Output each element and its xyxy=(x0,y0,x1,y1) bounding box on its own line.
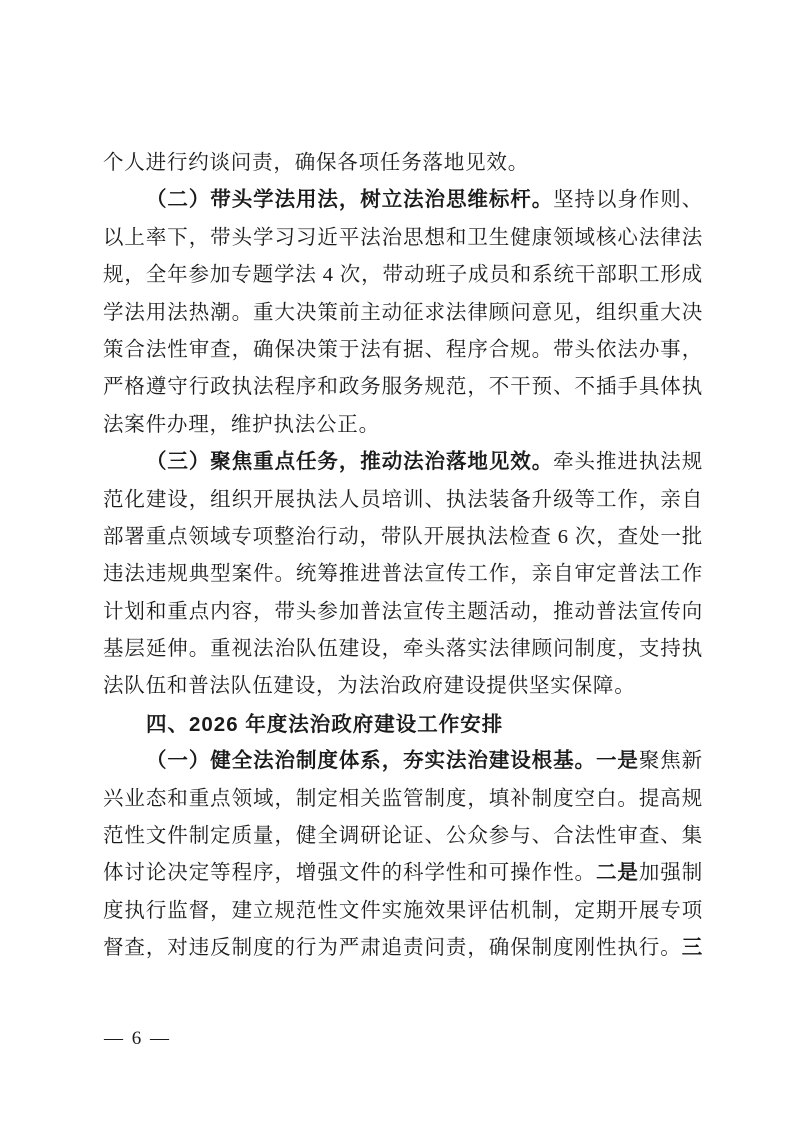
text-line: 法案件办理，维护执法公正。 xyxy=(103,407,703,444)
text-segment: 四、2026 年度法治政府建设工作安排 xyxy=(146,713,503,736)
text-segment: 二是 xyxy=(596,862,639,884)
text-segment: 度执行监督，建立规范性文件实施效果评估机制，定期开展专项 xyxy=(103,900,703,922)
document-body: 个人进行约谈问责，确保各项任务落地见效。（二）带头学法用法，树立法治思维标杆。坚… xyxy=(103,145,703,968)
text-segment: 一是 xyxy=(596,750,639,772)
text-segment: 督查，对违反制度的行为严肃追责问责，确保制度刚性执行。 xyxy=(103,937,682,959)
text-line: 部署重点领域专项整治行动，带队开展执法检查 6 次，查处一批 xyxy=(103,519,703,556)
page-number: — 6 — xyxy=(104,1028,171,1049)
page-footer: — 6 — xyxy=(104,1024,171,1054)
text-line: 体讨论决定等程序，增强文件的科学性和可操作性。二是加强制 xyxy=(103,855,703,892)
text-line: 严格遵守行政执法程序和政务服务规范，不干预、不插手具体执 xyxy=(103,369,703,406)
text-segment: 范性文件制定质量，健全调研论证、公众参与、合法性审查、集 xyxy=(103,825,703,847)
text-line: （二）带头学法用法，树立法治思维标杆。坚持以身作则、 xyxy=(103,182,703,219)
text-segment: 计划和重点内容，带头参加普法宣传主题活动，推动普法宣传向 xyxy=(103,601,703,623)
text-line: 督查，对违反制度的行为严肃追责问责，确保制度刚性执行。三 xyxy=(103,930,703,967)
text-line: 范性文件制定质量，健全调研论证、公众参与、合法性审查、集 xyxy=(103,818,703,855)
section-heading: 四、2026 年度法治政府建设工作安排 xyxy=(103,706,703,743)
text-segment: 法队伍和普法队伍建设，为法治政府建设提供坚实保障。 xyxy=(103,675,636,697)
document-page: 个人进行约谈问责，确保各项任务落地见效。（二）带头学法用法，树立法治思维标杆。坚… xyxy=(0,0,793,1122)
text-segment: 严格遵守行政执法程序和政务服务规范，不干预、不插手具体执 xyxy=(103,376,703,398)
text-segment: 学法用法热潮。重大决策前主动征求法律顾问意见，组织重大决 xyxy=(103,302,703,324)
text-line: （三）聚焦重点任务，推动法治落地见效。牵头推进执法规 xyxy=(103,444,703,481)
text-line: 学法用法热潮。重大决策前主动征求法律顾问意见，组织重大决 xyxy=(103,295,703,332)
text-line: 基层延伸。重视法治队伍建设，牵头落实法律顾问制度，支持执 xyxy=(103,631,703,668)
text-segment: 个人进行约谈问责，确保各项任务落地见效。 xyxy=(103,152,529,174)
text-segment: 策合法性审查，确保决策于法有据、程序合规。带头依法办事， xyxy=(103,339,703,361)
text-line: 兴业态和重点领域，制定相关监管制度，填补制度空白。提高规 xyxy=(103,781,703,818)
text-line: 计划和重点内容，带头参加普法宣传主题活动，推动普法宣传向 xyxy=(103,594,703,631)
text-segment: 牵头推进执法规 xyxy=(553,451,703,473)
text-segment: 基层延伸。重视法治队伍建设，牵头落实法律顾问制度，支持执 xyxy=(103,638,703,660)
text-segment: （三）聚焦重点任务，推动法治落地见效。 xyxy=(146,451,553,473)
text-segment: 坚持以身作则、 xyxy=(553,189,703,211)
text-line: 法队伍和普法队伍建设，为法治政府建设提供坚实保障。 xyxy=(103,668,703,705)
text-segment: 体讨论决定等程序，增强文件的科学性和可操作性。 xyxy=(103,862,596,884)
text-segment: 三 xyxy=(682,937,703,959)
text-segment: （一）健全法治制度体系，夯实法治建设根基。 xyxy=(146,750,596,772)
text-line: （一）健全法治制度体系，夯实法治建设根基。一是聚焦新 xyxy=(103,743,703,780)
text-line: 策合法性审查，确保决策于法有据、程序合规。带头依法办事， xyxy=(103,332,703,369)
text-segment: 加强制 xyxy=(639,862,703,884)
text-line: 规，全年参加专题学法 4 次，带动班子成员和系统干部职工形成 xyxy=(103,257,703,294)
text-segment: 法案件办理，维护执法公正。 xyxy=(103,414,380,436)
text-segment: 违法违规典型案件。统筹推进普法宣传工作，亲自审定普法工作 xyxy=(103,563,703,585)
text-line: 违法违规典型案件。统筹推进普法宣传工作，亲自审定普法工作 xyxy=(103,556,703,593)
text-line: 个人进行约谈问责，确保各项任务落地见效。 xyxy=(103,145,703,182)
text-segment: 聚焦新 xyxy=(639,750,703,772)
text-line: 范化建设，组织开展执法人员培训、执法装备升级等工作，亲自 xyxy=(103,482,703,519)
text-line: 度执行监督，建立规范性文件实施效果评估机制，定期开展专项 xyxy=(103,893,703,930)
text-segment: 部署重点领域专项整治行动，带队开展执法检查 6 次，查处一批 xyxy=(103,526,703,548)
text-line: 以上率下，带头学习习近平法治思想和卫生健康领域核心法律法 xyxy=(103,220,703,257)
text-segment: 以上率下，带头学习习近平法治思想和卫生健康领域核心法律法 xyxy=(103,227,703,249)
text-segment: 范化建设，组织开展执法人员培训、执法装备升级等工作，亲自 xyxy=(103,489,703,511)
text-segment: 规，全年参加专题学法 4 次，带动班子成员和系统干部职工形成 xyxy=(103,264,703,286)
text-segment: 兴业态和重点领域，制定相关监管制度，填补制度空白。提高规 xyxy=(103,788,703,810)
text-segment: （二）带头学法用法，树立法治思维标杆。 xyxy=(146,189,553,211)
